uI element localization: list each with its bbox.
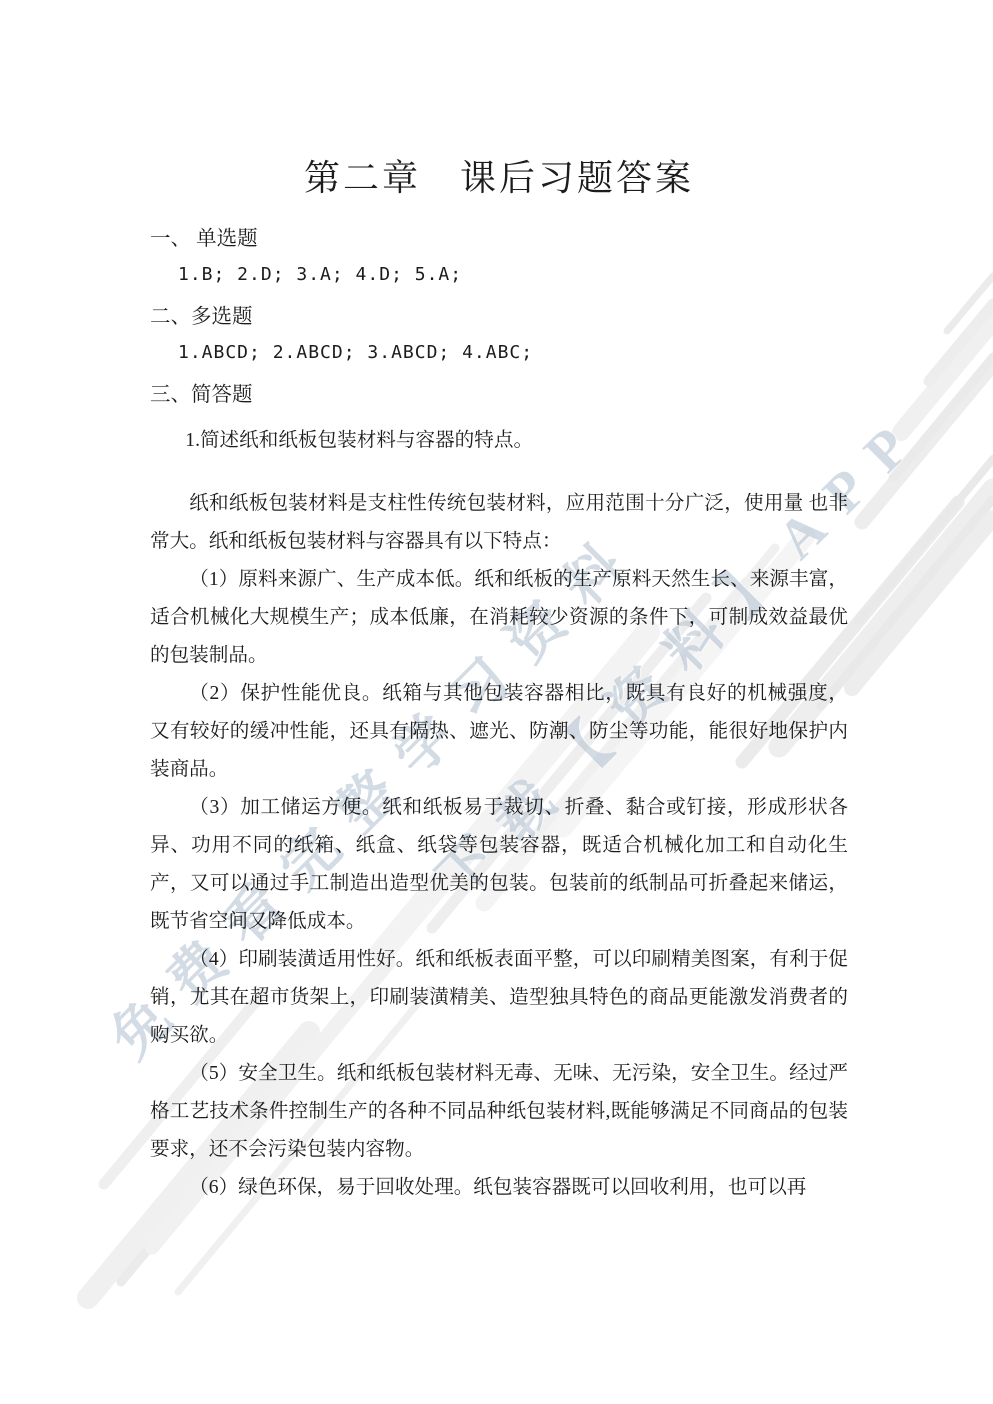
short-answer-body: 纸和纸板包装材料是支柱性传统包装材料，应用范围十分广泛，使用量 也非常大。纸和纸…: [150, 485, 848, 1207]
answer-paragraph: （4）印刷装潢适用性好。纸和纸板表面平整，可以印刷精美图案，有利于促销，尤其在超…: [150, 941, 848, 1055]
section-heading-multi-choice: 二、多选题: [150, 304, 848, 330]
document-content: 第二章 课后习题答案 一、 单选题 1.B; 2.D; 3.A; 4.D; 5.…: [0, 0, 993, 1207]
answer-paragraph: 纸和纸板包装材料是支柱性传统包装材料，应用范围十分广泛，使用量 也非常大。纸和纸…: [150, 485, 848, 561]
answer-paragraph: （3）加工储运方便。纸和纸板易于裁切、折叠、黏合或钉接，形成形状各异、功用不同的…: [150, 789, 848, 941]
answer-paragraph: （6）绿色环保，易于回收处理。纸包装容器既可以回收利用，也可以再: [150, 1169, 848, 1207]
section-heading-short-answer: 三、简答题: [150, 382, 848, 408]
document-page: 免费看完整学习资料 下载【资料】APP 第二章 课后习题答案 一、 单选题 1.…: [0, 0, 993, 1404]
short-answer-question: 1.简述纸和纸板包装材料与容器的特点。: [150, 427, 848, 454]
single-choice-answers: 1.B; 2.D; 3.A; 4.D; 5.A;: [150, 262, 848, 288]
page-title: 第二章 课后习题答案: [150, 152, 848, 204]
section-heading-single-choice: 一、 单选题: [150, 226, 848, 252]
answer-paragraph: （1）原料来源广、生产成本低。纸和纸板的生产原料天然生长、来源丰富，适合机械化大…: [150, 561, 848, 675]
multi-choice-answers: 1.ABCD; 2.ABCD; 3.ABCD; 4.ABC;: [150, 340, 848, 366]
answer-paragraph: （5）安全卫生。纸和纸板包装材料无毒、无味、无污染，安全卫生。经过严格工艺技术条…: [150, 1055, 848, 1169]
answer-paragraph: （2）保护性能优良。纸箱与其他包装容器相比，既具有良好的机械强度， 又有较好的缓…: [150, 675, 848, 789]
